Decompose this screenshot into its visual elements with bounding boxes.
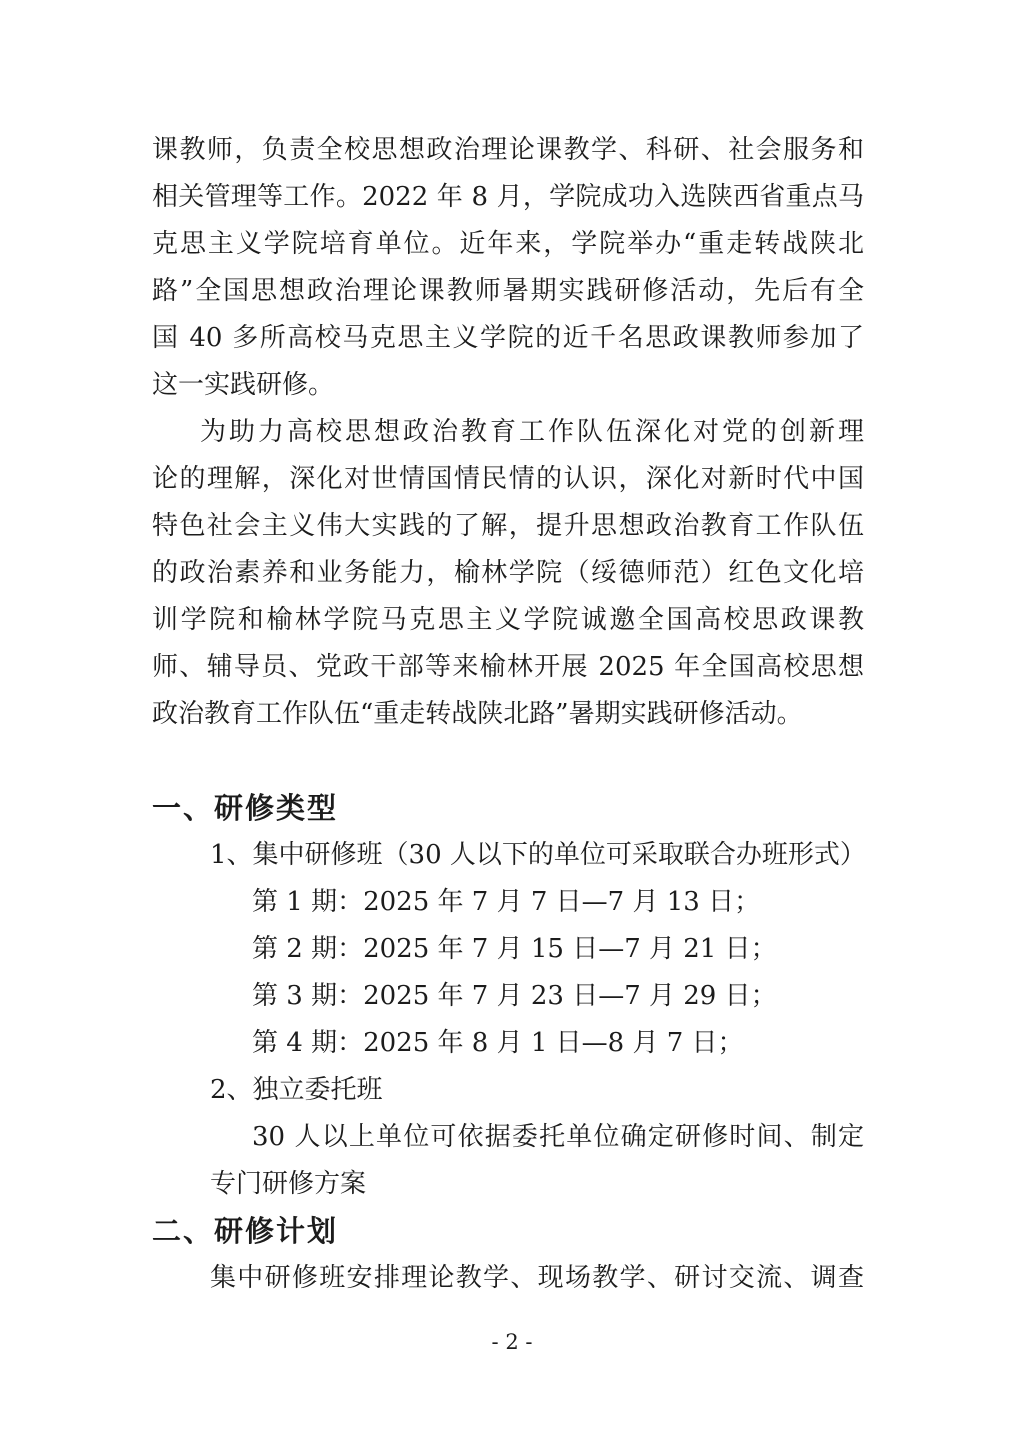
section1-item1: 1、集中研修班（30 人以下的单位可采取联合办班形式） [152, 832, 864, 879]
paragraph2-line: 师、辅导员、党政干部等来榆林开展 2025 年全国高校思想 [152, 644, 864, 691]
paragraph1-line: 相关管理等工作。2022 年 8 月，学院成功入选陕西省重点马 [152, 174, 864, 221]
paragraph1-line: 路”全国思想政治理论课教师暑期实践研修活动，先后有全 [152, 268, 864, 315]
paragraph1-line: 课教师，负责全校思想政治理论课教学、科研、社会服务和 [152, 127, 864, 174]
section2-intro-line: 集中研修班安排理论教学、现场教学、研讨交流、调查 [152, 1255, 864, 1302]
paragraph1-line: 克思主义学院培育单位。近年来，学院举办“重走转战陕北 [152, 221, 864, 268]
schedule-line: 第 3 期：2025 年 7 月 23 日—7 月 29 日； [152, 973, 864, 1020]
paragraph2-line: 为助力高校思想政治教育工作队伍深化对党的创新理 [152, 409, 864, 456]
paragraph2-line: 的政治素养和业务能力，榆林学院（绥德师范）红色文化培 [152, 550, 864, 597]
paragraph2-line: 训学院和榆林学院马克思主义学院诚邀全国高校思政课教 [152, 597, 864, 644]
paragraph1-line: 这一实践研修。 [152, 362, 864, 409]
paragraph2-line: 特色社会主义伟大实践的了解，提升思想政治教育工作队伍 [152, 503, 864, 550]
section1-item2-detail-line: 30 人以上单位可依据委托单位确定研修时间、制定 [152, 1114, 864, 1161]
schedule-line: 第 1 期：2025 年 7 月 7 日—7 月 13 日； [152, 879, 864, 926]
schedule-line: 第 4 期：2025 年 8 月 1 日—8 月 7 日； [152, 1020, 864, 1067]
blank-line [152, 738, 864, 785]
section1-item2: 2、独立委托班 [152, 1067, 864, 1114]
page-number-footer: - 2 - [0, 1330, 1024, 1354]
section1-heading: 一、研修类型 [152, 785, 864, 832]
paragraph2-line: 论的理解，深化对世情国情民情的认识，深化对新时代中国 [152, 456, 864, 503]
section1-item2-detail-line: 专门研修方案 [152, 1161, 864, 1208]
schedule-line: 第 2 期：2025 年 7 月 15 日—7 月 21 日； [152, 926, 864, 973]
section2-heading: 二、研修计划 [152, 1208, 864, 1255]
document-page: 课教师，负责全校思想政治理论课教学、科研、社会服务和 相关管理等工作。2022 … [0, 0, 1024, 1447]
document-body: 课教师，负责全校思想政治理论课教学、科研、社会服务和 相关管理等工作。2022 … [152, 127, 864, 1302]
paragraph2-line: 政治教育工作队伍“重走转战陕北路”暑期实践研修活动。 [152, 691, 864, 738]
paragraph1-line: 国 40 多所高校马克思主义学院的近千名思政课教师参加了 [152, 315, 864, 362]
